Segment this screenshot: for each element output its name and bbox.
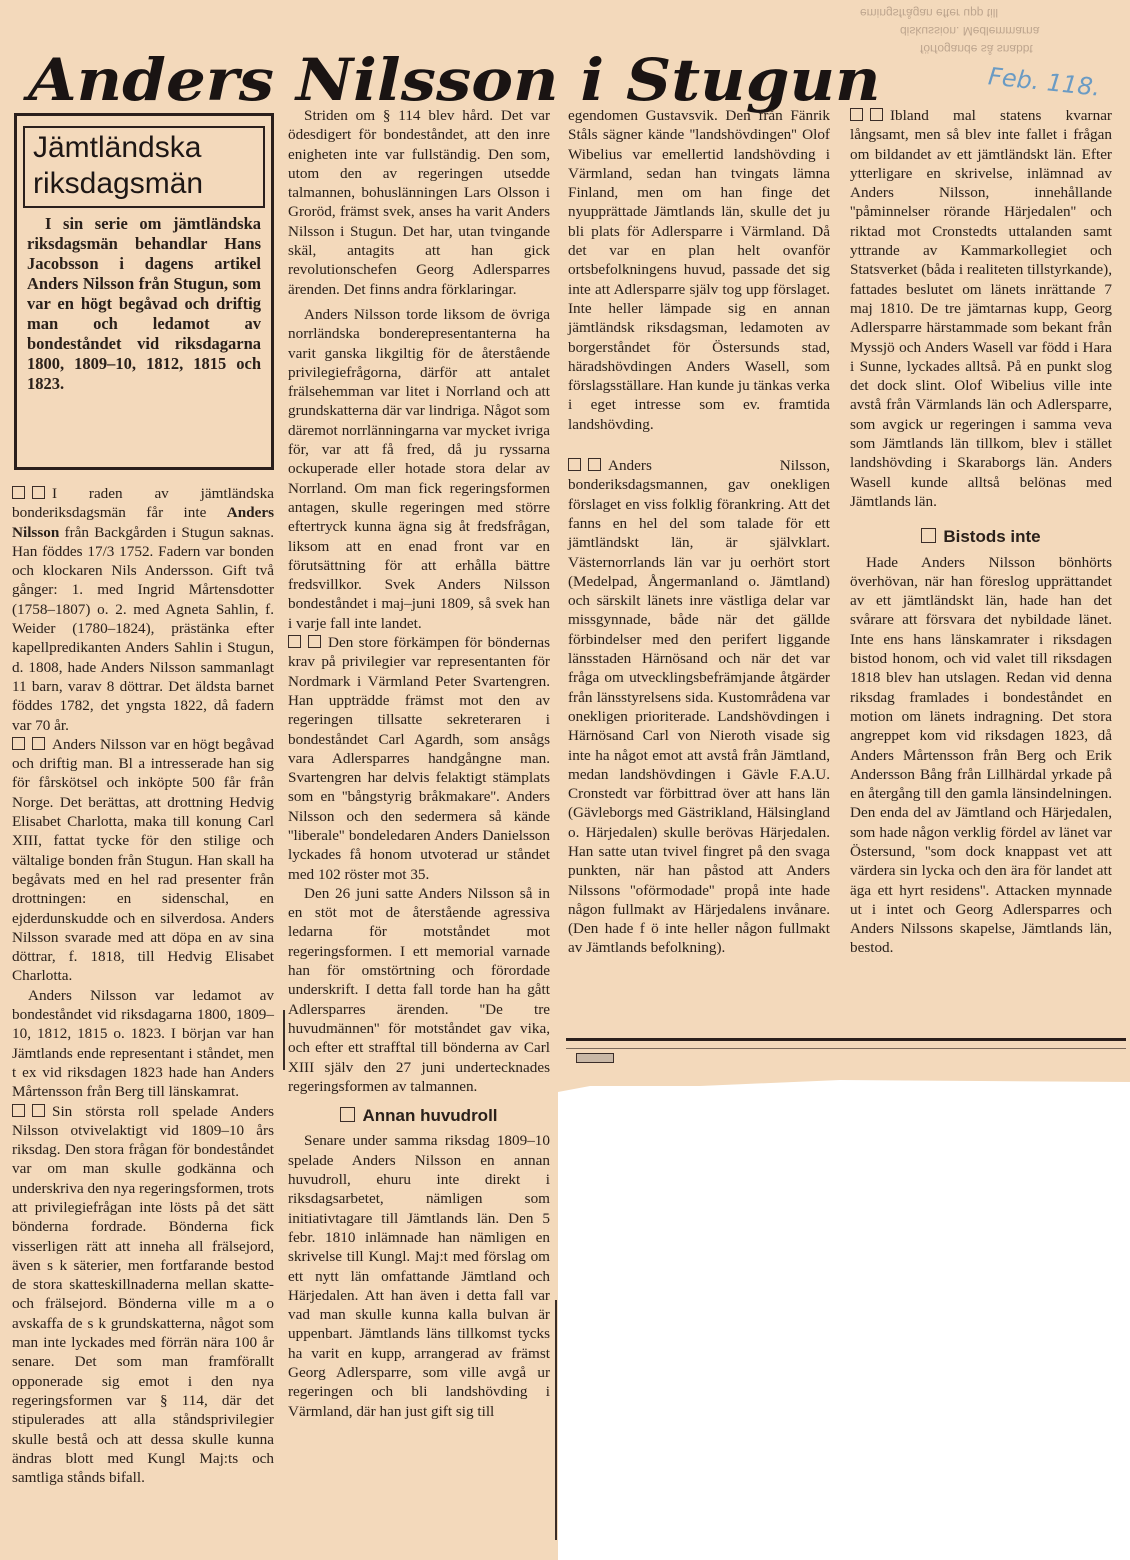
bleed-through-text: förfogande så snabbt: [920, 42, 1033, 56]
paragraph: Striden om § 114 blev hård. Det var ödes…: [288, 106, 550, 299]
series-title-line-2: riksdagsmän: [33, 166, 259, 202]
text: Anders Nilsson, bonderiksdagsmannen, gav…: [568, 457, 830, 956]
text: Anders Nilsson var en högt begåvad och d…: [12, 736, 274, 985]
newspaper-clipping: emingsfrågan efter upp till diskussion. …: [0, 0, 1130, 1560]
column-rule: [283, 1010, 285, 1070]
subheading-bistods-inte: Bistods inte: [850, 527, 1112, 546]
paragraph: I raden av jämtländska bonderiksdagsmän …: [12, 484, 274, 735]
paragraph: egendomen Gustavsvik. Den från Fänrik St…: [568, 106, 830, 434]
bleed-through-text: emingsfrågan efter upp till: [860, 6, 998, 20]
series-title: Jämtländska riksdagsmän: [23, 126, 265, 208]
text: Ibland mal statens kvarnar långsamt, men…: [850, 107, 1112, 510]
handwritten-date-note: Feb. 118.: [987, 62, 1102, 102]
square-bullet-icon: [588, 458, 601, 471]
series-intro-box: Jämtländska riksdagsmän I sin serie om j…: [14, 113, 274, 470]
article-column-3: egendomen Gustavsvik. Den från Fänrik St…: [568, 106, 830, 958]
square-bullet-icon: [308, 635, 321, 648]
article-column-4: Ibland mal statens kvarnar långsamt, men…: [850, 106, 1112, 958]
headline: Anders Nilsson i Stugun: [28, 51, 881, 109]
bleed-through-text: diskussion. Medlemmarna: [900, 24, 1039, 38]
square-bullet-icon: [288, 635, 301, 648]
subheading-text: Bistods inte: [943, 527, 1040, 546]
paragraph: Ibland mal statens kvarnar långsamt, men…: [850, 106, 1112, 511]
paragraph: Anders Nilsson var en högt begåvad och d…: [12, 735, 274, 986]
article-end-rule: [566, 1048, 1126, 1049]
paragraph: Anders Nilsson torde liksom de övriga no…: [288, 305, 550, 633]
text: Den store förkämpen för böndernas krav p…: [288, 634, 550, 883]
square-bullet-icon: [921, 528, 936, 543]
square-bullet-icon: [568, 458, 581, 471]
paragraph: Anders Nilsson var ledamot av bondestånd…: [12, 986, 274, 1102]
text: Sin största roll spelade Anders Nilsson …: [12, 1103, 274, 1487]
paragraph: Anders Nilsson, bonderiksdagsmannen, gav…: [568, 456, 830, 958]
paragraph: Sin största roll spelade Anders Nilsson …: [12, 1102, 274, 1488]
paragraph: Hade Anders Nilsson bönhörts överhövan, …: [850, 553, 1112, 958]
square-bullet-icon: [32, 486, 45, 499]
article-column-1: I raden av jämtländska bonderiksdagsmän …: [12, 484, 274, 1487]
article-end-rule: [566, 1038, 1126, 1041]
square-bullet-icon: [12, 486, 25, 499]
square-bullet-icon: [12, 1104, 25, 1117]
square-bullet-icon: [32, 737, 45, 750]
square-bullet-icon: [870, 108, 883, 121]
paragraph: Den 26 juni satte Anders Nilsson så in e…: [288, 884, 550, 1096]
square-bullet-icon: [850, 108, 863, 121]
square-bullet-icon: [12, 737, 25, 750]
shaded-box-fragment: [576, 1053, 614, 1063]
text: från Backgården i Stugun saknas. Han föd…: [12, 524, 274, 734]
paragraph: Den store förkämpen för böndernas krav p…: [288, 633, 550, 884]
subheading-annan-huvudroll: Annan huvudroll: [288, 1106, 550, 1125]
series-lead-text: I sin serie om jämtländska riksdagsmän b…: [27, 214, 261, 394]
square-bullet-icon: [340, 1107, 355, 1122]
subheading-text: Annan huvudroll: [362, 1106, 497, 1125]
article-column-2: Striden om § 114 blev hård. Det var ödes…: [288, 106, 550, 1421]
paragraph: Senare under samma riksdag 1809–10 spela…: [288, 1131, 550, 1420]
square-bullet-icon: [32, 1104, 45, 1117]
series-title-line-1: Jämtländska: [33, 130, 259, 166]
column-rule: [555, 1300, 557, 1540]
